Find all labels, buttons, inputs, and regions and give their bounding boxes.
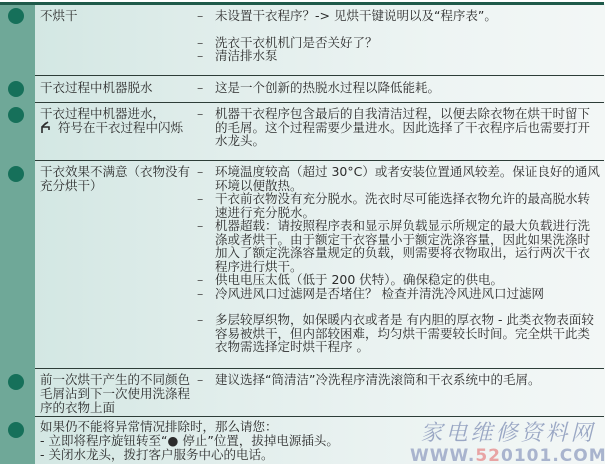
cause-text: 机器超载：请按照程序表和显示屏负载显示所规定的最大负载进行洗涤或者烘干。由于额定… <box>215 218 590 274</box>
bullet-icon <box>8 166 24 182</box>
cause-item: –冷风进风口过滤网是否堵住？ 检查并清洗冷风进风口过滤网 <box>197 287 601 301</box>
dash: – <box>197 49 209 63</box>
bullet-icon <box>8 422 24 438</box>
bullet-icon <box>8 8 24 24</box>
cause-item: –多层较厚织物，如保暖内衣或者是 有内胆的厚衣物 - 此类衣物表面较容易被烘干，… <box>197 313 601 354</box>
cause-item: –洗衣干衣机机门是否关好了？ <box>197 36 601 50</box>
table-row: 干衣效果不满意（衣物没有充分烘干） –环境温度较高（超过 30°C）或者安装位置… <box>0 160 606 366</box>
cause-item: –这是一个创新的热脱水过程以降低能耗。 <box>197 81 601 95</box>
row-divider <box>35 75 604 76</box>
watermark: 家电维修资料网 WWW.520101.COM <box>410 422 606 466</box>
cause-list: –环境温度较高（超过 30°C）或者安装位置通风较差。保证良好的通风环境以便散热… <box>197 165 601 354</box>
row-divider <box>35 416 604 417</box>
cause-text: 多层较厚织物，如保暖内衣或者是 有内胆的厚衣物 - 此类衣物表面较容易被烘干，但… <box>215 312 594 354</box>
bullet-icon <box>8 107 24 123</box>
troubleshooting-table: 不烘干 –未设置干衣程序？-> 见烘干键说明以及“程序表”。 –洗衣干衣机机门是… <box>0 0 606 472</box>
dash: – <box>197 313 209 327</box>
faucet-icon <box>40 121 54 134</box>
cause-text: 环境温度较高（超过 30°C）或者安装位置通风较差。保证良好的通风环境以便散热。 <box>215 164 600 193</box>
issue-text: 符号在干衣过程中闪烁 <box>58 120 183 135</box>
cause-item: –机器干衣程序包含最后的自我清洁过程，以便去除衣物在烘干时留下的毛屑。这个过程需… <box>197 107 601 148</box>
cause-list: –未设置干衣程序？-> 见烘干键说明以及“程序表”。 –洗衣干衣机机门是否关好了… <box>197 9 601 63</box>
cause-text: 机器干衣程序包含最后的自我清洁过程，以便去除衣物在烘干时留下的毛屑。这个过程需要… <box>215 106 590 148</box>
cause-text: 干衣前衣物没有充分脱水。洗衣时尽可能选择衣物允许的最高脱水转速进行充分脱水。 <box>215 191 590 220</box>
issue-label: 不烘干 <box>40 9 190 23</box>
cause-list: –机器干衣程序包含最后的自我清洁过程，以便去除衣物在烘干时留下的毛屑。这个过程需… <box>197 107 601 148</box>
cause-item: –清洁排水泵 <box>197 49 601 63</box>
issue-label: 前一次烘干产生的不同颜色毛屑沾到下一次使用洗涤程序的衣物上面 <box>40 373 192 415</box>
cause-text: 清洁排水泵 <box>215 48 278 63</box>
cause-item: –建议选择“筒清洁”冷洗程序清洗滚筒和干衣系统中的毛屑。 <box>197 373 601 387</box>
cause-item: –未设置干衣程序？-> 见烘干键说明以及“程序表”。 <box>197 9 601 23</box>
watermark-text: 家电维修资料网 <box>410 422 606 446</box>
dash: – <box>197 107 209 121</box>
cause-text: 未设置干衣程序？-> 见烘干键说明以及“程序表”。 <box>215 8 497 23</box>
table-row: 干衣过程中机器进水， 符号在干衣过程中闪烁 –机器干衣程序包含最后的自我清洁过程… <box>0 102 606 158</box>
issue-line-with-icon: 符号在干衣过程中闪烁 <box>40 121 192 135</box>
cause-item: –环境温度较高（超过 30°C）或者安装位置通风较差。保证良好的通风环境以便散热… <box>197 165 601 192</box>
dash: – <box>197 219 209 233</box>
bullet-icon <box>8 374 24 390</box>
dash: – <box>197 192 209 206</box>
cause-item: –干衣前衣物没有充分脱水。洗衣时尽可能选择衣物允许的最高脱水转速进行充分脱水。 <box>197 192 601 219</box>
cause-list: –建议选择“筒清洁”冷洗程序清洗滚筒和干衣系统中的毛屑。 <box>197 373 601 387</box>
dash: – <box>197 36 209 50</box>
table-row: 前一次烘干产生的不同颜色毛屑沾到下一次使用洗涤程序的衣物上面 –建议选择“筒清洁… <box>0 368 606 416</box>
cause-item: –供电电压太低（低于 200 伏特）。确保稳定的供电。 <box>197 273 601 287</box>
issue-label: 干衣效果不满意（衣物没有充分烘干） <box>40 165 192 193</box>
dash: – <box>197 373 209 387</box>
dash: – <box>197 273 209 287</box>
url-suffix: 0101.COM <box>501 446 606 466</box>
issue-label: 干衣过程中机器进水， 符号在干衣过程中闪烁 <box>40 107 192 135</box>
watermark-url: WWW.520101.COM <box>410 446 606 466</box>
row-divider <box>35 160 604 161</box>
cause-text: 建议选择“筒清洁”冷洗程序清洗滚筒和干衣系统中的毛屑。 <box>215 372 540 387</box>
dash: – <box>197 287 209 301</box>
table-row: 不烘干 –未设置干衣程序？-> 见烘干键说明以及“程序表”。 –洗衣干衣机机门是… <box>0 4 606 70</box>
table-row: 干衣过程中机器脱水 –这是一个创新的热脱水过程以降低能耗。 <box>0 75 606 102</box>
issue-line: 干衣过程中机器进水， <box>40 107 192 121</box>
cause-item: –机器超载：请按照程序表和显示屏负载显示所规定的最大负载进行洗涤或者烘干。由于额… <box>197 219 601 273</box>
url-prefix: WWW. <box>410 446 475 466</box>
issue-label: 干衣过程中机器脱水 <box>40 81 190 95</box>
row-divider <box>35 102 604 103</box>
cause-text: 这是一个创新的热脱水过程以降低能耗。 <box>215 80 440 95</box>
cause-list: –这是一个创新的热脱水过程以降低能耗。 <box>197 81 601 95</box>
row-divider <box>35 368 604 369</box>
dash: – <box>197 165 209 179</box>
cause-text: 冷风进风口过滤网是否堵住？ 检查并清洗冷风进风口过滤网 <box>215 286 544 301</box>
dash: – <box>197 81 209 95</box>
bullet-icon <box>8 81 24 97</box>
url-highlight: 52 <box>475 446 501 466</box>
dash: – <box>197 9 209 23</box>
